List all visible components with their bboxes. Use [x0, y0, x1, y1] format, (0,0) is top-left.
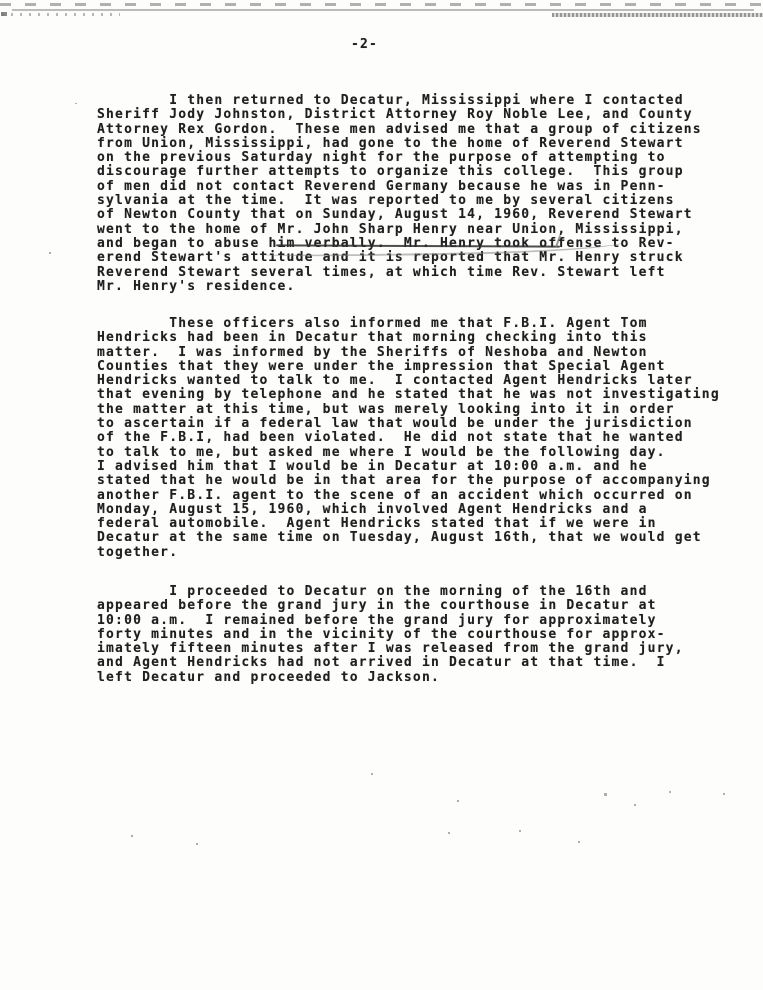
- scan-speck: [448, 832, 450, 834]
- scan-speck: [75, 103, 77, 104]
- edge-dots-left: [2, 13, 120, 16]
- scan-speck: [457, 800, 459, 802]
- edge-corner-mark: [1, 12, 7, 16]
- scan-speck: [723, 793, 725, 795]
- edge-gray-line: [12, 9, 754, 11]
- paragraph-1: I then returned to Decatur, Mississippi …: [97, 94, 702, 294]
- scan-speck: [669, 791, 671, 793]
- scan-speck: [634, 804, 636, 806]
- paragraph-2: These officers also informed me that F.B…: [97, 317, 720, 560]
- scan-speck: [371, 773, 373, 775]
- scan-speck: [519, 830, 521, 832]
- scan-speck: [49, 252, 51, 254]
- paragraph-3: I proceeded to Decatur on the morning of…: [97, 585, 684, 685]
- scan-speck: [604, 793, 607, 796]
- scan-speck: [131, 835, 133, 837]
- scan-speck: [578, 841, 580, 843]
- scanned-document-page: -2- I then returned to Decatur, Mississi…: [0, 0, 763, 990]
- scan-speck: [196, 843, 198, 845]
- edge-hatch-band-right: [552, 13, 763, 17]
- page-number: -2-: [351, 37, 378, 52]
- edge-dashed-line: [0, 3, 763, 6]
